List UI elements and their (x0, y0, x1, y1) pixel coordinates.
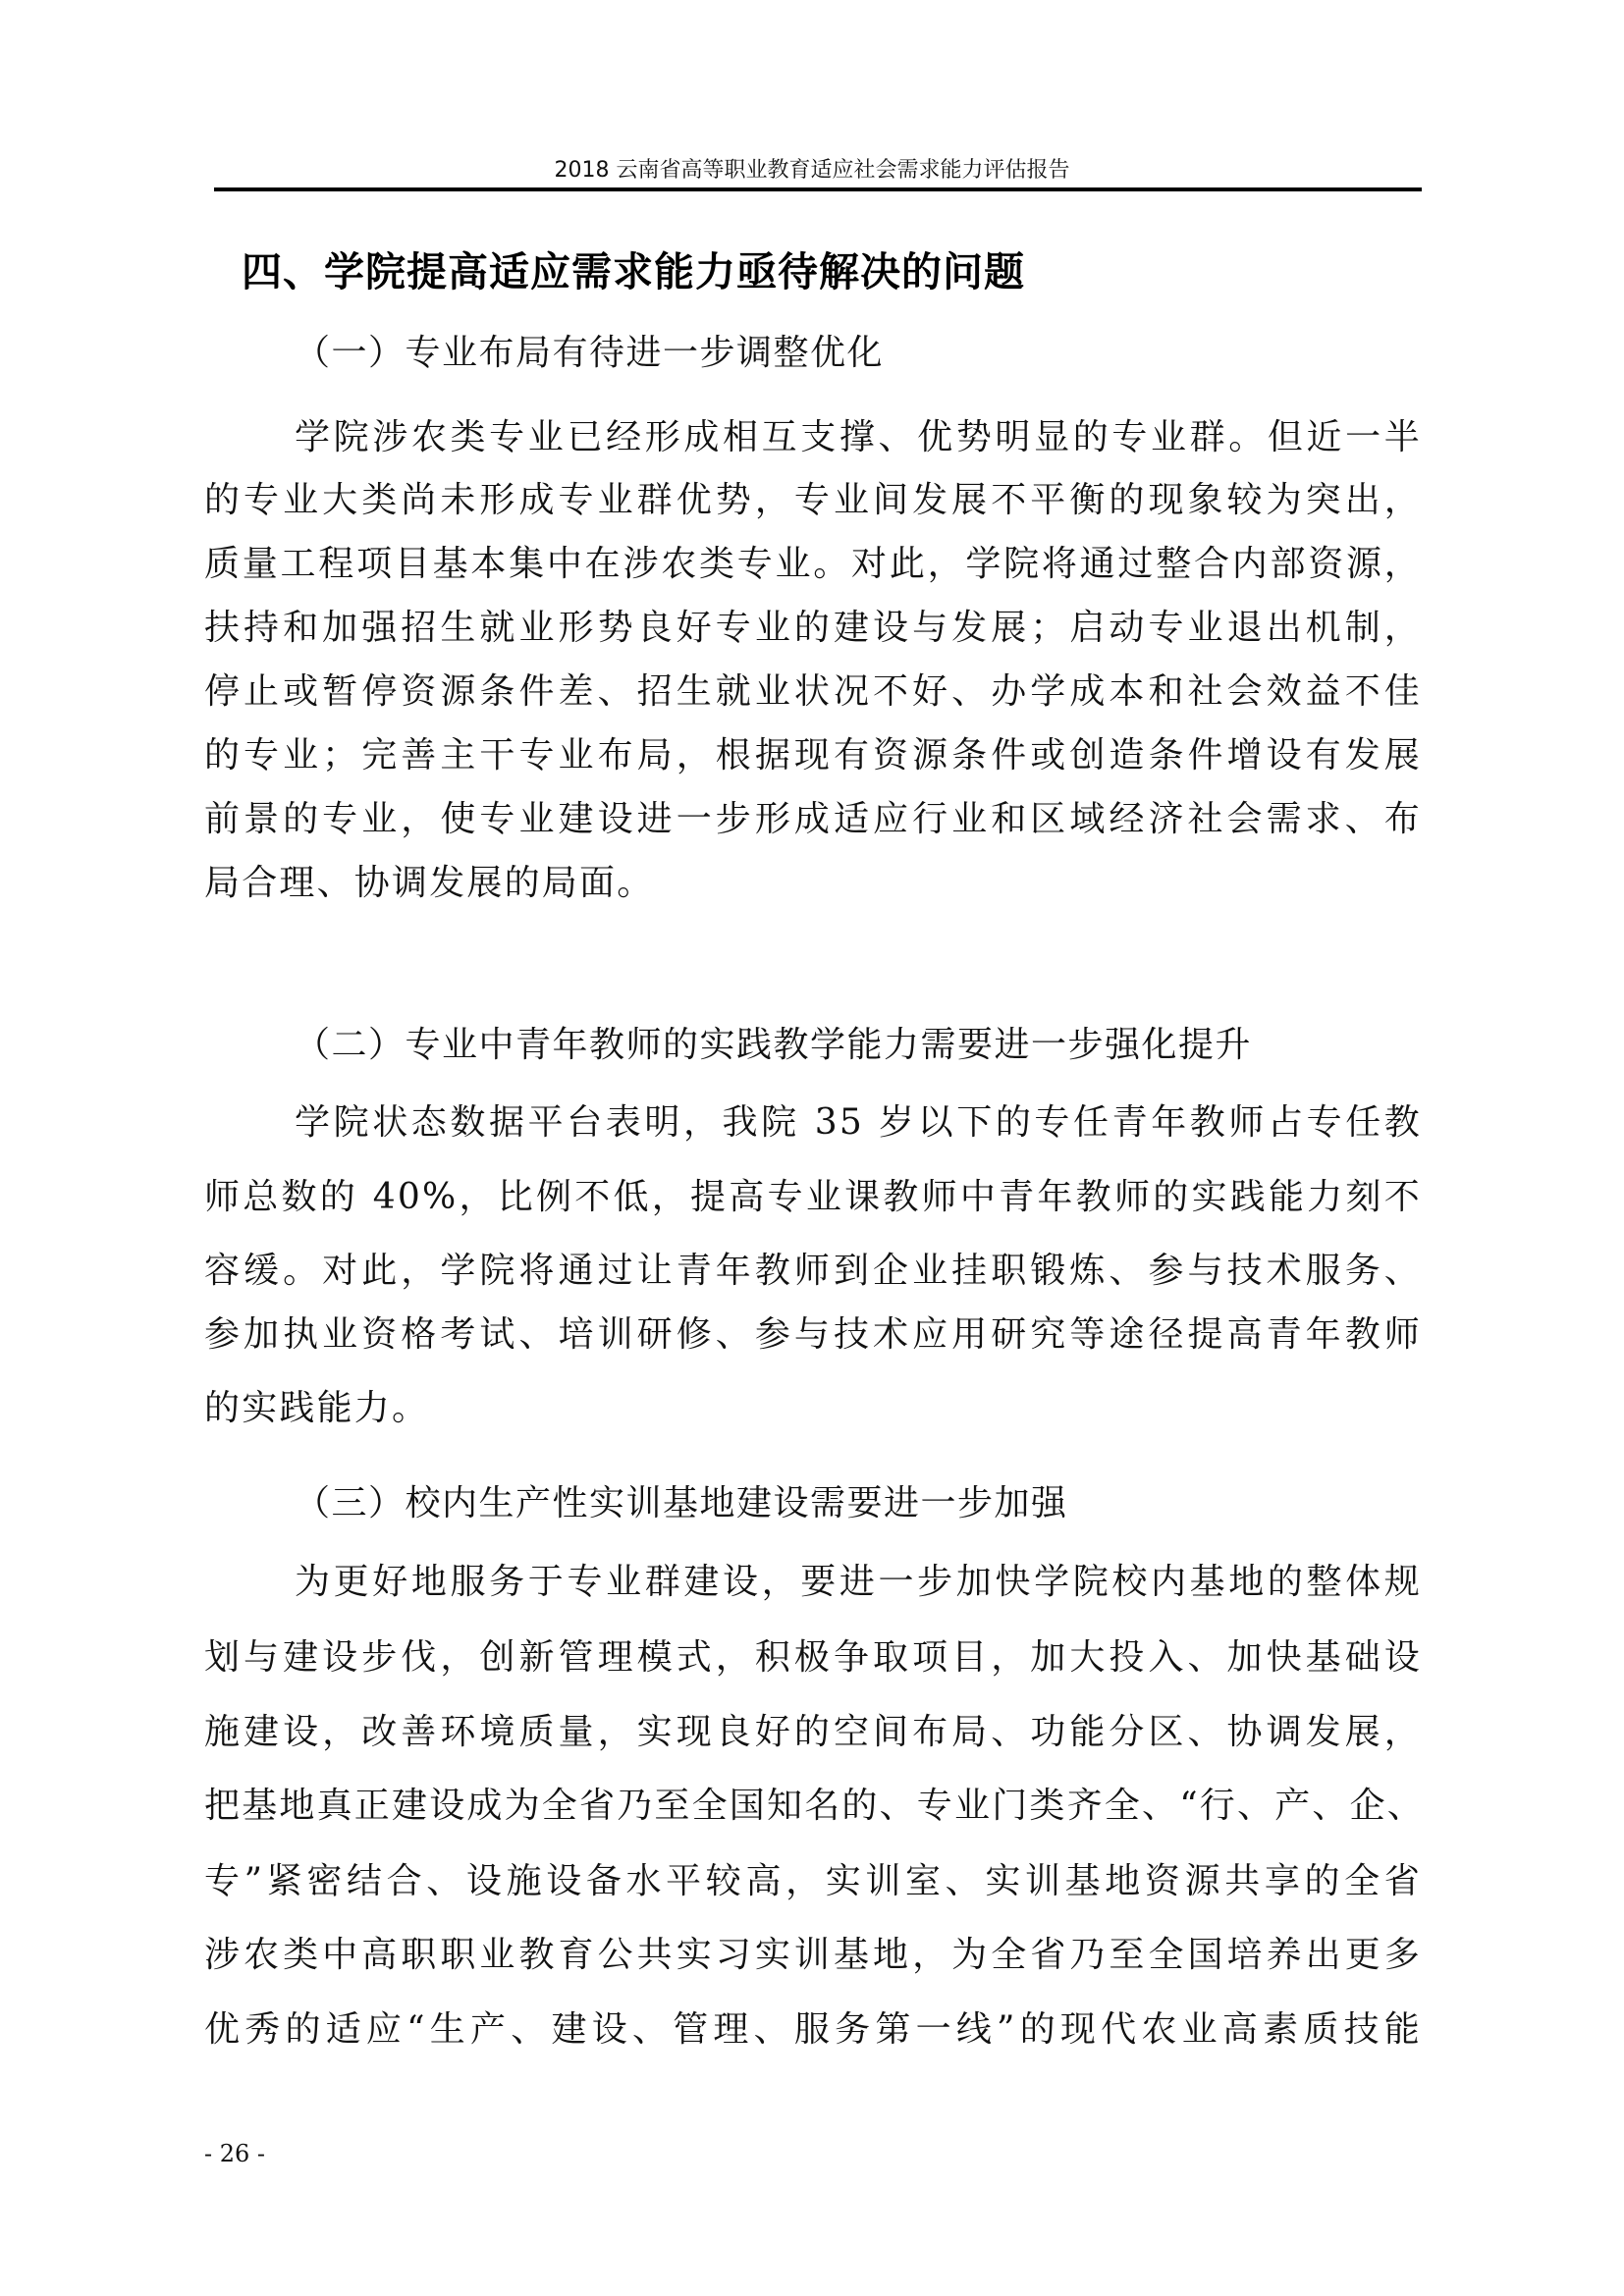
paragraph-line: 前景的专业，使专业建设进一步形成适应行业和区域经济社会需求、布 (204, 798, 1422, 841)
paragraph-line: 涉农类中高职职业教育公共实习实训基地，为全省乃至全国培养出更多 (204, 1934, 1422, 1977)
paragraph-line: 优秀的适应“生产、建设、管理、服务第一线”的现代农业高素质技能 (204, 2008, 1422, 2052)
paragraph-line: 学院涉农类专业已经形成相互支撑、优势明显的专业群。但近一半 (295, 416, 1422, 459)
running-header: 2018 云南省高等职业教育适应社会需求能力评估报告 (0, 153, 1624, 184)
paragraph-line: 专”紧密结合、设施设备水平较高，实训室、实训基地资源共享的全省 (204, 1860, 1422, 1903)
paragraph-line: 为更好地服务于专业群建设，要进一步加快学院校内基地的整体规 (295, 1561, 1422, 1604)
paragraph-line: 师总数的 40%，比例不低，提高专业课教师中青年教师的实践能力刻不 (204, 1176, 1422, 1219)
page-number: - 26 - (204, 2140, 265, 2167)
paragraph-line: 参加执业资格考试、培训研修、参与技术应用研究等途径提高青年教师 (204, 1313, 1422, 1357)
paragraph-line: 把基地真正建设成为全省乃至全国知名的、专业门类齐全、“行、产、企、 (204, 1785, 1422, 1828)
header-divider (214, 187, 1422, 191)
subsection-heading-1: （一）专业布局有待进一步调整优化 (295, 332, 1512, 375)
paragraph-line: 局合理、协调发展的局面。 (204, 862, 1422, 905)
paragraph-line: 容缓。对此，学院将通过让青年教师到企业挂职锻炼、参与技术服务、 (204, 1250, 1422, 1293)
subsection-heading-3: （三）校内生产性实训基地建设需要进一步加强 (295, 1482, 1512, 1525)
section-title: 四、学院提高适应需求能力亟待解决的问题 (242, 240, 1025, 297)
paragraph-line: 的实践能力。 (204, 1387, 1422, 1430)
paragraph-line: 质量工程项目基本集中在涉农类专业。对此，学院将通过整合内部资源， (204, 543, 1422, 586)
paragraph-line: 的专业大类尚未形成专业群优势，专业间发展不平衡的现象较为突出， (204, 479, 1422, 522)
paragraph-line: 停止或暂停资源条件差、招生就业状况不好、办学成本和社会效益不佳 (204, 670, 1422, 714)
subsection-heading-2: （二）专业中青年教师的实践教学能力需要进一步强化提升 (295, 1024, 1512, 1067)
paragraph-line: 施建设，改善环境质量，实现良好的空间布局、功能分区、协调发展， (204, 1711, 1422, 1754)
paragraph-line: 学院状态数据平台表明，我院 35 岁以下的专任青年教师占专任教 (295, 1101, 1422, 1145)
paragraph-line: 划与建设步伐，创新管理模式，积极争取项目，加大投入、加快基础设 (204, 1636, 1422, 1680)
paragraph-line: 的专业；完善主干专业布局，根据现有资源条件或创造条件增设有发展 (204, 734, 1422, 777)
paragraph-line: 扶持和加强招生就业形势良好专业的建设与发展；启动专业退出机制， (204, 607, 1422, 650)
